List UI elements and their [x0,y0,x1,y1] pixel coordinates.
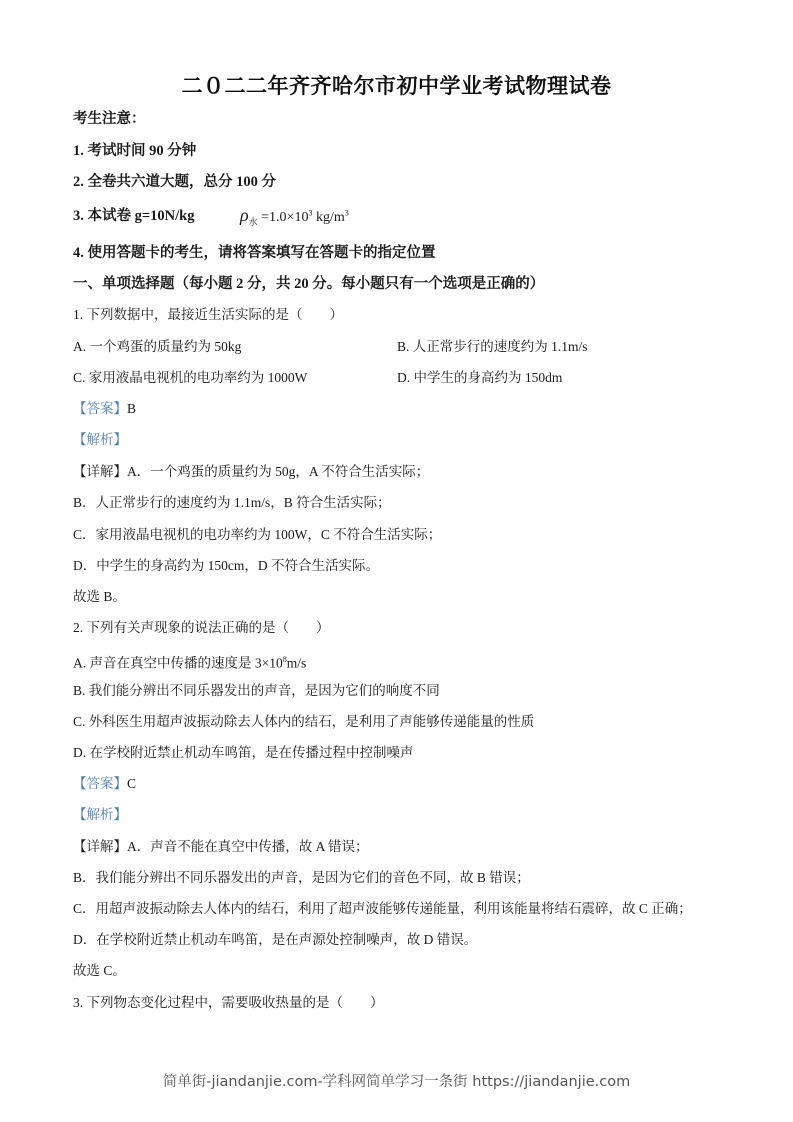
detail-label: 【详解】 [73,839,127,854]
q2-detail-d: D．在学校附近禁止机动车鸣笛，是在声源处控制噪声，故 D 错误。 [73,931,477,949]
q2-detail-a: 【详解】A．声音不能在真空中传播，故 A 错误； [73,838,369,856]
q1-answer: 【答案】B [73,400,136,418]
notice-item-2: 2. 全卷共六道大题，总分 100 分 [73,173,276,191]
formula-unit: kg/m [316,210,345,225]
q1-conclusion: 故选 B。 [73,588,126,606]
q1-detail-d: D．中学生的身高约为 150cm，D 不符合生活实际。 [73,557,379,575]
option-text: A. 声音在真空中传播的速度是 3×10 [73,656,283,671]
formula-unit-exponent: 3 [345,208,349,217]
notice-heading: 考生注意： [73,110,146,128]
q1-stem: 1. 下列数据中，最接近生活实际的是（ ） [73,306,343,324]
q1-option-a: A. 一个鸡蛋的质量约为 50kg [73,338,241,356]
detail-text: A．声音不能在真空中传播，故 A 错误； [127,839,369,854]
q2-option-c: C. 外科医生用超声波振动除去人体内的结石，是利用了声能够传递能量的性质 [73,713,534,731]
q2-conclusion: 故选 C。 [73,962,126,980]
detail-label: 【详解】 [73,464,127,479]
q1-detail-c: C．家用液晶电视机的电功率约为 100W，C 不符合生活实际； [73,526,441,544]
option-unit: m/s [287,656,307,671]
q1-option-b: B. 人正常步行的速度约为 1.1m/s [397,338,588,356]
formula-value: =1.0×10 [261,210,308,225]
q2-stem: 2. 下列有关声现象的说法正确的是（ ） [73,619,330,637]
q1-option-c: C. 家用液晶电视机的电功率约为 1000W [73,369,307,387]
answer-value: C [127,776,136,791]
q2-detail-c: C．用超声波振动除去人体内的结石，利用了超声波能够传递能量，利用该能量将结石震碎… [73,900,692,918]
notice-item-3: 3. 本试卷 g=10N/kg [73,207,194,225]
water-density-formula: ρ水 =1.0×103 kg/m3 [240,205,349,228]
q2-detail-b: B．我们能分辨出不同乐器发出的声音，是因为它们的音色不同，故 B 错误； [73,869,530,887]
rho-subscript: 水 [249,217,258,227]
q2-answer: 【答案】C [73,775,136,793]
notice-item-4: 4. 使用答题卡的考生，请将答案填写在答题卡的指定位置 [73,244,436,262]
q2-analysis-label: 【解析】 [73,806,127,824]
rho-symbol: ρ [240,205,249,225]
answer-value: B [127,401,136,416]
footer-watermark: 简单街-jiandanjie.com-学科网简单学习一条街 https://ji… [0,1070,793,1091]
q2-option-d: D. 在学校附近禁止机动车鸣笛，是在传播过程中控制噪声 [73,744,414,762]
q2-option-a: A. 声音在真空中传播的速度是 3×108m/s [73,651,306,673]
q2-option-b: B. 我们能分辨出不同乐器发出的声音，是因为它们的响度不同 [73,682,440,700]
q1-option-d: D. 中学生的身高约为 150dm [397,369,562,387]
q3-stem: 3. 下列物态变化过程中，需要吸收热量的是（ ） [73,994,384,1012]
answer-label: 【答案】 [73,401,127,416]
detail-text: A．一个鸡蛋的质量约为 50g，A 不符合生活实际； [127,464,429,479]
q1-detail-b: B．人正常步行的速度约为 1.1m/s，B 符合生活实际； [73,494,391,512]
q1-detail-a: 【详解】A．一个鸡蛋的质量约为 50g，A 不符合生活实际； [73,463,429,481]
notice-item-1: 1. 考试时间 90 分钟 [73,142,196,160]
q1-analysis-label: 【解析】 [73,431,127,449]
section-heading: 一、单项选择题（每小题 2 分，共 20 分。每小题只有一个选项是正确的） [73,275,544,293]
answer-label: 【答案】 [73,776,127,791]
document-page: 二０二二年齐齐哈尔市初中学业考试物理试卷 考生注意： 1. 考试时间 90 分钟… [0,0,793,1122]
formula-exponent: 3 [308,208,312,217]
page-title: 二０二二年齐齐哈尔市初中学业考试物理试卷 [0,70,793,100]
